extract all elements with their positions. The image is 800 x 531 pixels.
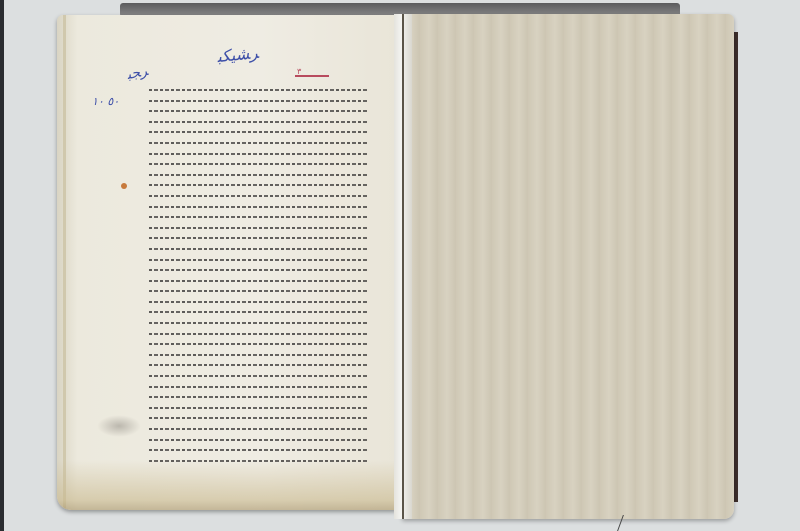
text-line	[149, 117, 367, 128]
text-line	[149, 403, 367, 414]
text-line	[149, 233, 367, 244]
text-line	[149, 307, 367, 318]
text-line	[149, 255, 367, 266]
text-line	[149, 276, 367, 287]
left-page-manuscript: ﺮﺸﯿﻜﺒ ﺮﺠﺒ ٥٠ ١٠ ٣	[57, 15, 397, 510]
text-line	[149, 371, 367, 382]
text-line	[149, 223, 367, 234]
blue-margin-number: ٥٠ ١٠	[92, 95, 119, 108]
blue-margin-annotation: ﺮﺠﺒ	[126, 63, 150, 83]
water-stain	[57, 460, 397, 510]
text-line	[149, 360, 367, 371]
text-line	[149, 159, 367, 170]
loose-threads	[617, 515, 644, 531]
text-line	[149, 212, 367, 223]
blue-top-annotation: ﺮﺸﯿﻜﺒ	[216, 43, 259, 66]
photo-edge	[0, 0, 4, 531]
text-line	[149, 445, 367, 456]
text-line	[149, 202, 367, 213]
text-line	[149, 170, 367, 181]
text-line	[149, 96, 367, 107]
text-line	[149, 392, 367, 403]
text-line	[149, 297, 367, 308]
text-line	[149, 286, 367, 297]
text-line	[149, 382, 367, 393]
text-line	[149, 413, 367, 424]
text-line	[149, 244, 367, 255]
text-line	[149, 106, 367, 117]
text-line	[149, 85, 367, 96]
text-line	[149, 180, 367, 191]
text-line	[149, 350, 367, 361]
ink-spot	[121, 183, 127, 189]
right-page-blank-flyleaf	[402, 14, 734, 519]
red-heading-underline	[295, 75, 329, 77]
manuscript-text-block	[149, 85, 367, 466]
text-line	[149, 138, 367, 149]
page-fold-edge	[63, 15, 66, 510]
text-line	[149, 435, 367, 446]
text-line	[149, 318, 367, 329]
binding-thread-line	[402, 14, 404, 519]
text-line	[149, 424, 367, 435]
stain-smudge	[97, 415, 141, 437]
text-line	[149, 149, 367, 160]
text-line	[149, 329, 367, 340]
text-line	[149, 127, 367, 138]
text-line	[149, 191, 367, 202]
text-line	[149, 265, 367, 276]
text-line	[149, 339, 367, 350]
